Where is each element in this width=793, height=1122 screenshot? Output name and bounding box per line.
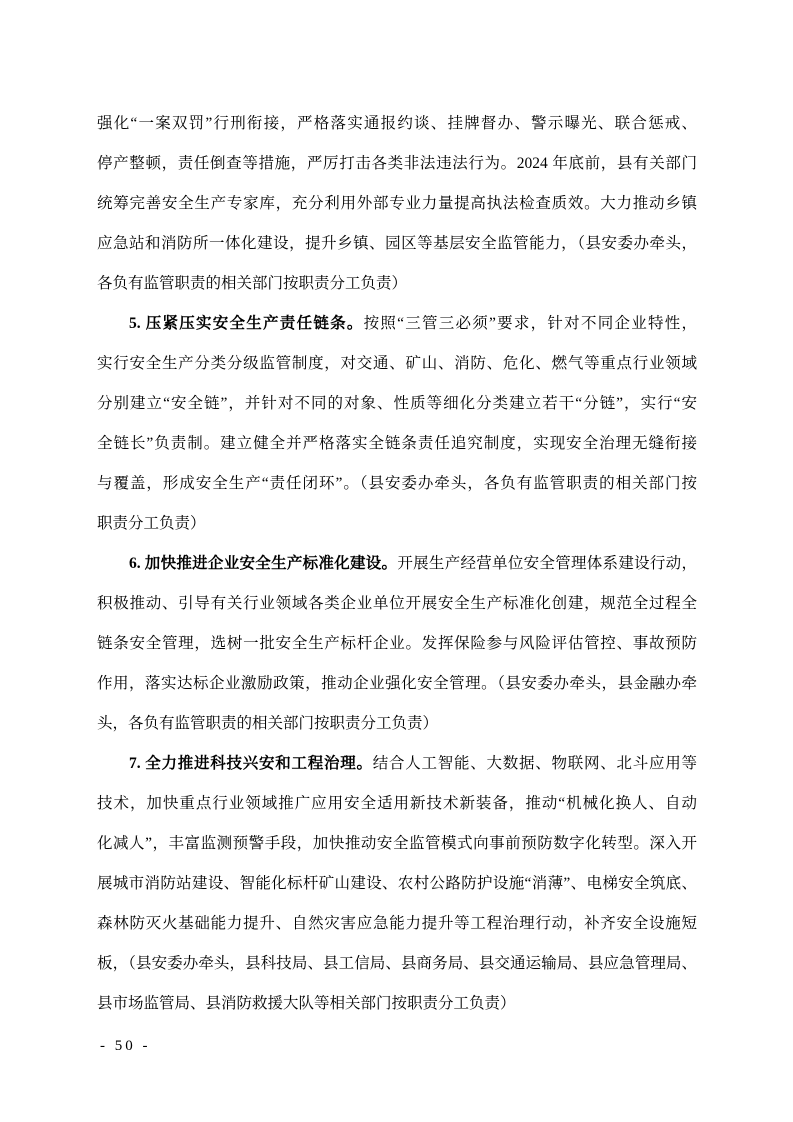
document-line: 作用，落实达标企业激励政策，推动企业强化安全管理。（县安委办牵头，县金融办牵 <box>97 664 697 704</box>
document-page: 强化“一案双罚”行刑衔接，严格落实通报约谈、挂牌督办、警示曝光、联合惩戒、停产整… <box>0 0 793 1122</box>
document-line: 展城市消防站建设、智能化标杆矿山建设、农村公路防护设施“消薄”、电梯安全筑底、 <box>97 864 697 904</box>
document-line: 强化“一案双罚”行刑衔接，严格落实通报约谈、挂牌督办、警示曝光、联合惩戒、 <box>97 104 697 144</box>
document-line: 6. 加快推进企业安全生产标准化建设。开展生产经营单位安全管理体系建设行动， <box>97 544 697 584</box>
document-line: 积极推动、引导有关行业领域各类企业单位开展安全生产标准化创建，规范全过程全 <box>97 584 697 624</box>
paragraph-heading: 5. 压紧压实安全生产责任链条。 <box>129 315 364 332</box>
document-line: 森林防灭火基础能力提升、自然灾害应急能力提升等工程治理行动，补齐安全设施短 <box>97 904 697 944</box>
document-line: 停产整顿，责任倒查等措施，严厉打击各类非法违法行为。2024 年底前，县有关部门 <box>97 144 697 184</box>
document-line: 县市场监管局、县消防救援大队等相关部门按职责分工负责） <box>97 984 697 1024</box>
document-line: 链条安全管理，选树一批安全生产标杆企业。发挥保险参与风险评估管控、事故预防 <box>97 624 697 664</box>
document-line: 化减人”，丰富监测预警手段，加快推动安全监管模式向事前预防数字化转型。深入开 <box>97 824 697 864</box>
paragraph: 7. 全力推进科技兴安和工程治理。结合人工智能、大数据、物联网、北斗应用等技术，… <box>97 744 697 1024</box>
paragraph-heading: 7. 全力推进科技兴安和工程治理。 <box>129 755 373 772</box>
document-line: 各负有监管职责的相关部门按职责分工负责） <box>97 264 697 304</box>
document-line: 应急站和消防所一体化建设，提升乡镇、园区等基层安全监管能力，（县安委办牵头， <box>97 224 697 264</box>
document-line: 5. 压紧压实安全生产责任链条。按照“三管三必须”要求，针对不同企业特性， <box>97 304 697 344</box>
paragraph-heading: 6. 加快推进企业安全生产标准化建设。 <box>129 555 397 572</box>
paragraph: 5. 压紧压实安全生产责任链条。按照“三管三必须”要求，针对不同企业特性，实行安… <box>97 304 697 544</box>
document-line: 7. 全力推进科技兴安和工程治理。结合人工智能、大数据、物联网、北斗应用等 <box>97 744 697 784</box>
paragraph: 6. 加快推进企业安全生产标准化建设。开展生产经营单位安全管理体系建设行动，积极… <box>97 544 697 744</box>
document-line: 分别建立“安全链”，并针对不同的对象、性质等细化分类建立若干“分链”，实行“安 <box>97 384 697 424</box>
document-line: 统筹完善安全生产专家库，充分利用外部专业力量提高执法检查质效。大力推动乡镇 <box>97 184 697 224</box>
document-line: 实行安全生产分类分级监管制度，对交通、矿山、消防、危化、燃气等重点行业领域 <box>97 344 697 384</box>
document-body-text: 强化“一案双罚”行刑衔接，严格落实通报约谈、挂牌督办、警示曝光、联合惩戒、停产整… <box>97 104 697 1024</box>
document-line: 头，各负有监管职责的相关部门按职责分工负责） <box>97 704 697 744</box>
document-line: 全链长”负责制。建立健全并严格落实全链条责任追究制度，实现安全治理无缝衔接 <box>97 424 697 464</box>
paragraph: 强化“一案双罚”行刑衔接，严格落实通报约谈、挂牌督办、警示曝光、联合惩戒、停产整… <box>97 104 697 304</box>
document-line: 技术，加快重点行业领域推广应用安全适用新技术新装备，推动“机械化换人、自动 <box>97 784 697 824</box>
page-number: - 50 - <box>100 1036 151 1056</box>
document-line: 板，（县安委办牵头，县科技局、县工信局、县商务局、县交通运输局、县应急管理局、 <box>97 944 697 984</box>
document-line: 职责分工负责） <box>97 504 697 544</box>
document-line: 与覆盖，形成安全生产“责任闭环”。（县安委办牵头，各负有监管职责的相关部门按 <box>97 464 697 504</box>
